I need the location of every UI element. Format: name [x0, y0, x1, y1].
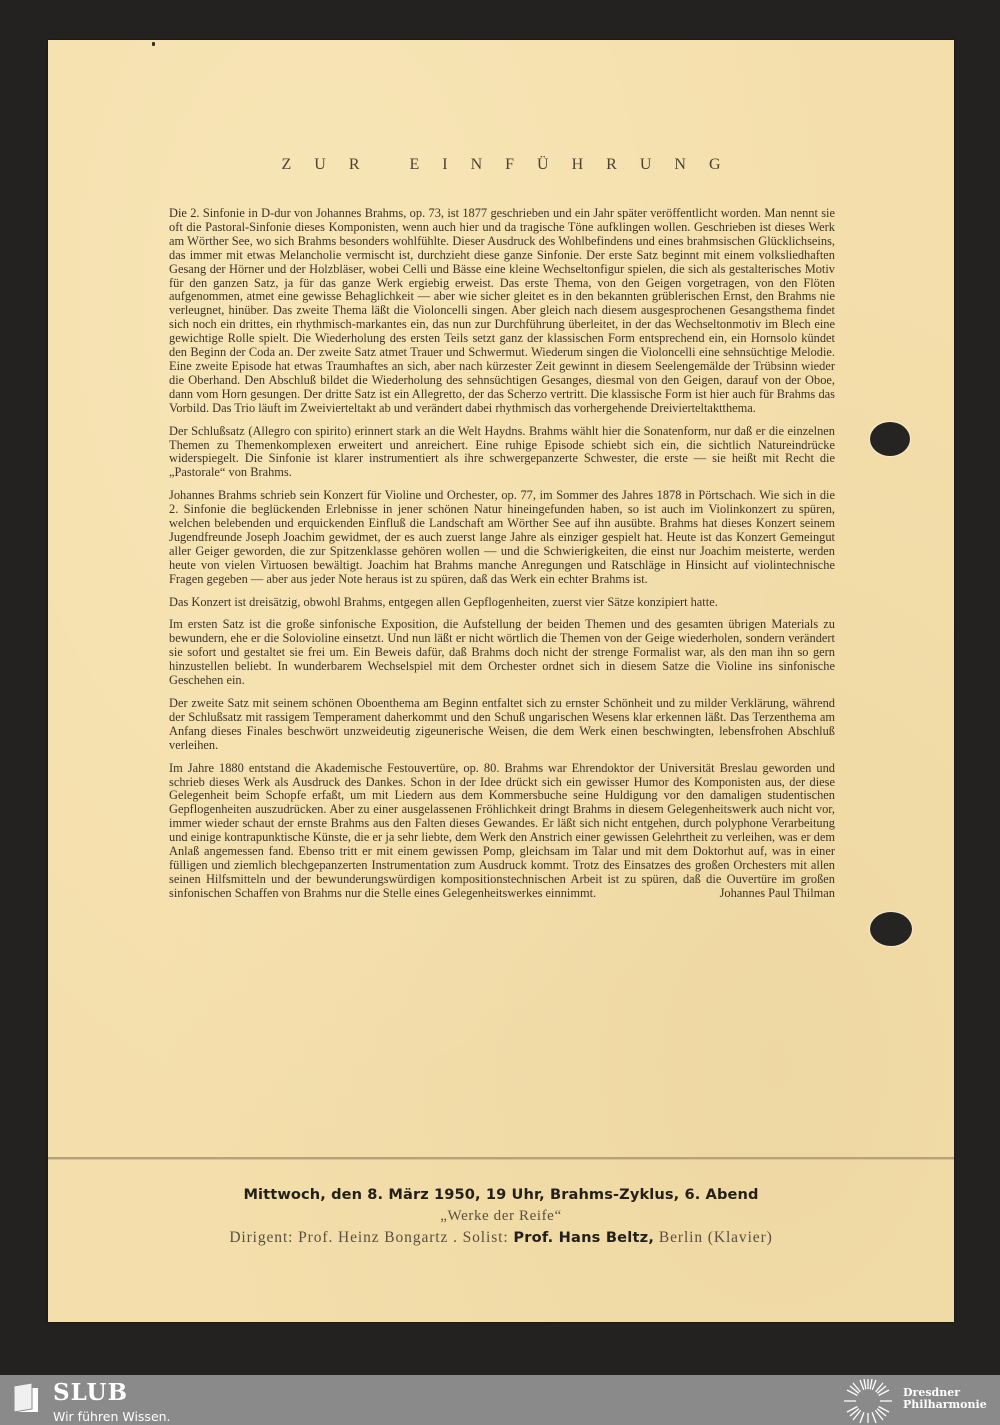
paragraph-violin-concerto: Johannes Brahms schrieb sein Konzert für… — [169, 489, 835, 586]
book-pages-icon[interactable] — [12, 1382, 42, 1414]
footer-bar: SLUB Wir führen Wissen. — [0, 1375, 1000, 1425]
punch-hole-top — [870, 422, 910, 456]
punch-hole-bottom — [870, 912, 912, 946]
soloist-detail: Berlin (Klavier) — [654, 1229, 773, 1246]
concert-motto: „Werke der Reife“ — [48, 1208, 954, 1229]
paragraph-finale: Der Schlußsatz (Allegro con spirito) eri… — [169, 425, 835, 481]
concert-date: Mittwoch, den 8. März 1950, 19 Uhr, Brah… — [48, 1186, 954, 1208]
paragraph-first-movement: Im ersten Satz ist die große sinfonische… — [169, 618, 835, 688]
paragraph-symphony-2: Die 2. Sinfonie in D-dur von Johannes Br… — [169, 207, 835, 416]
concert-performers: Dirigent: Prof. Heinz Bongartz . Solist:… — [48, 1229, 954, 1247]
paragraph-festival-overture: Im Jahre 1880 entstand die Akademische F… — [169, 762, 835, 901]
paragraph-second-movement: Der zweite Satz mit seinem schönen Oboen… — [169, 697, 835, 753]
ink-speck — [152, 42, 155, 46]
slub-logo-text[interactable]: SLUB — [53, 1379, 128, 1406]
introduction-text: Die 2. Sinfonie in D-dur von Johannes Br… — [169, 207, 835, 901]
slub-tagline: Wir führen Wissen. — [53, 1409, 171, 1424]
conductor-label: Dirigent: Prof. Heinz Bongartz . Solist: — [229, 1229, 513, 1246]
page-title: ZUR EINFÜHRUNG — [48, 156, 954, 174]
dresdner-philharmonie-logo-text[interactable]: DresdnerPhilharmonie — [903, 1387, 987, 1411]
document-page: ZUR EINFÜHRUNG Die 2. Sinfonie in D-dur … — [48, 40, 954, 1322]
sunburst-ring-icon[interactable] — [843, 1378, 893, 1424]
soloist-name: Prof. Hans Beltz, — [513, 1229, 654, 1246]
concert-info: Mittwoch, den 8. März 1950, 19 Uhr, Brah… — [48, 1186, 954, 1247]
paragraph-concerto-movements: Das Konzert ist dreisätzig, obwohl Brahm… — [169, 596, 835, 610]
divider-line — [48, 1157, 954, 1160]
